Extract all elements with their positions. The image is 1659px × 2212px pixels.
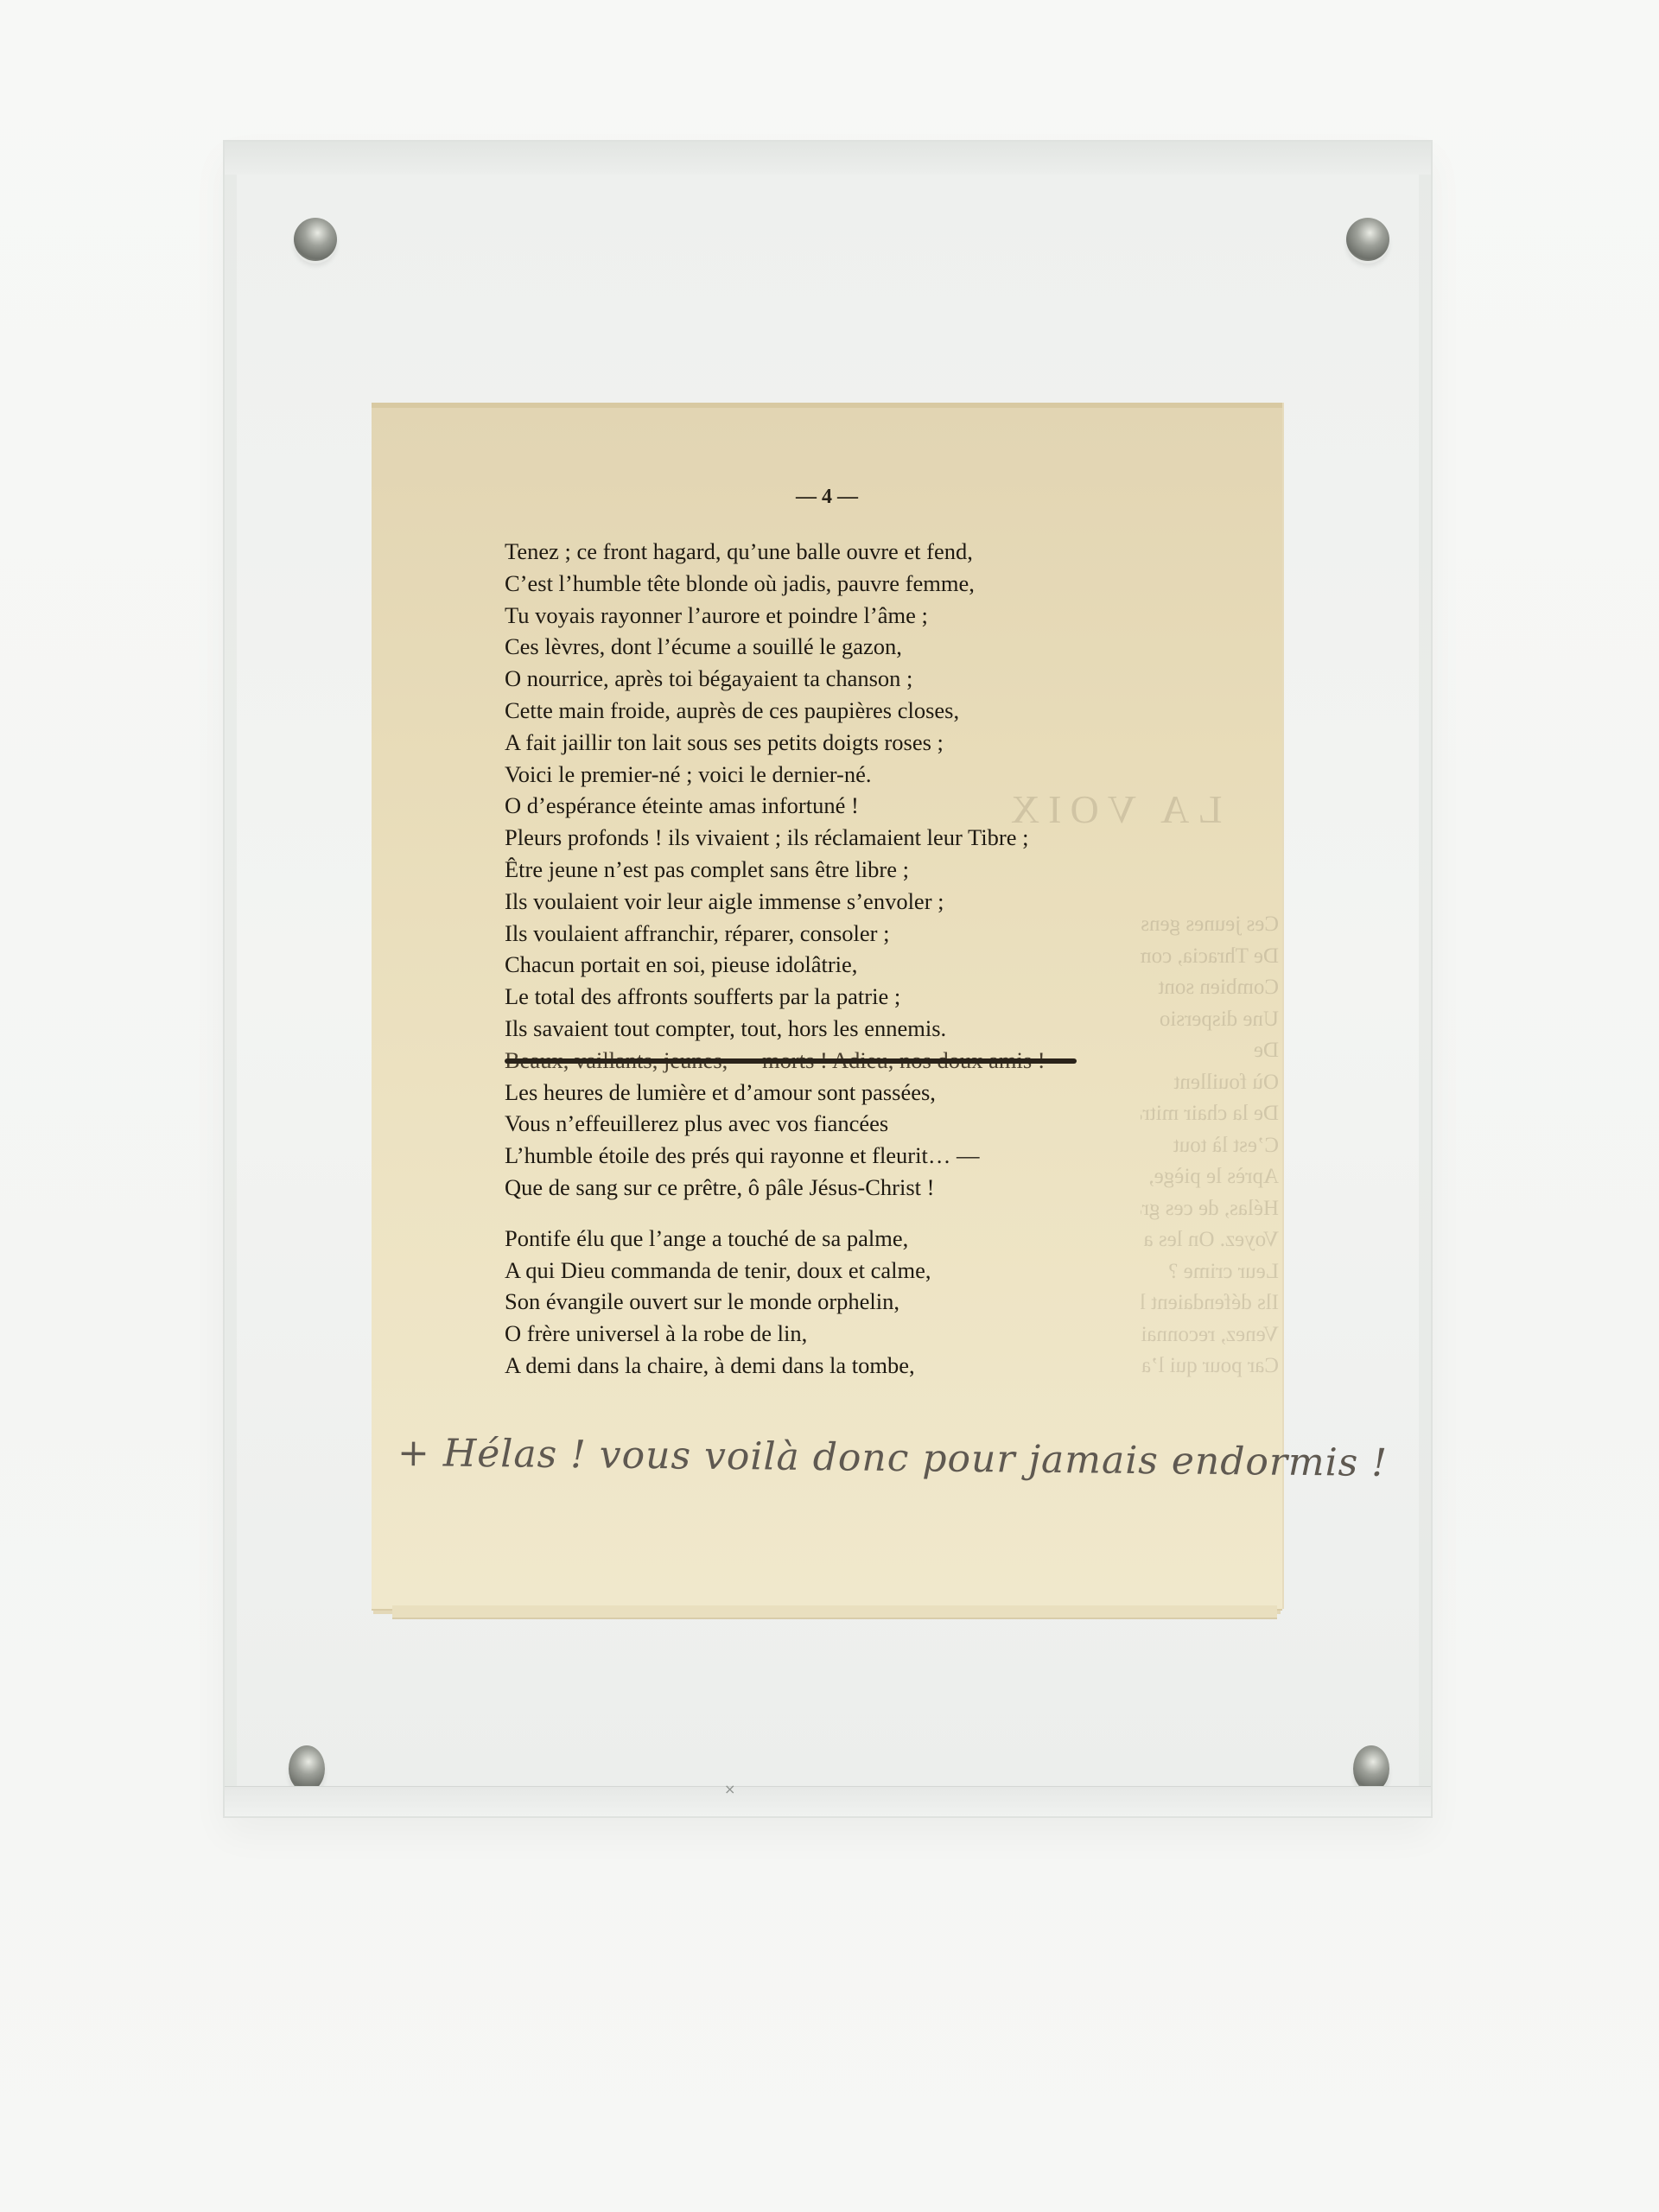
poem-line: Cette main froide, auprès de ces paupièr… <box>505 695 1046 727</box>
poem-line: Que de sang sur ce prêtre, ô pâle Jésus-… <box>505 1172 1046 1204</box>
poem-line: A qui Dieu commanda de tenir, doux et ca… <box>505 1255 1046 1287</box>
acrylic-top-edge <box>225 142 1431 175</box>
show-through-line: Hélas, de ces grands cœurs et de ces gra… <box>1141 1193 1279 1225</box>
poem-line: L’humble étoile des prés qui rayonne et … <box>505 1140 1046 1172</box>
poem-line: Chacun portait en soi, pieuse idolâtrie, <box>505 949 1046 981</box>
show-through-line: Où fouillent <box>1141 1067 1279 1099</box>
struck-through-line: Beaux, vaillants, jeunes, — morts ! Adie… <box>505 1045 1046 1077</box>
poem-line: Pleurs profonds ! ils vivaient ; ils réc… <box>505 822 1046 854</box>
poem-line: Pontife élu que l’ange a touché de sa pa… <box>505 1223 1046 1255</box>
poem-line: Voici le premier-né ; voici le dernier-n… <box>505 759 1046 791</box>
poem-line: O nourrice, après toi bégayaient ta chan… <box>505 663 1046 695</box>
standoff-screw-icon <box>1353 1745 1389 1792</box>
poem-line: Ils voulaient affranchir, réparer, conso… <box>505 918 1046 950</box>
poem-line: Être jeune n’est pas complet sans être l… <box>505 854 1046 886</box>
acrylic-bottom-edge <box>225 1786 1431 1816</box>
show-through-line: Combien sont <box>1141 972 1279 1004</box>
show-through-line: De la chair mitraillé <box>1141 1098 1279 1130</box>
poem-line: Son évangile ouvert sur le monde orpheli… <box>505 1286 1046 1318</box>
show-through-line: Une dispersio <box>1141 1004 1279 1036</box>
handwritten-note: + Hélas ! vous voilà donc pour jamais en… <box>397 1431 1388 1485</box>
poem-text: Tenez ; ce front hagard, qu’une balle ou… <box>505 536 1046 1382</box>
poem-line: O d’espérance éteinte amas infortuné ! <box>505 790 1046 822</box>
page-number: — 4 — <box>372 486 1282 509</box>
show-through-line: De <box>1141 1035 1279 1067</box>
standoff-screw-icon <box>1346 218 1389 261</box>
poem-line: O frère universel à la robe de lin, <box>505 1318 1046 1350</box>
show-through-line: Leur crime ? <box>1141 1256 1279 1288</box>
poem-line: Tenez ; ce front hagard, qu’une balle ou… <box>505 536 1046 568</box>
poem-line: C’est l’humble tête blonde où jadis, pau… <box>505 568 1046 600</box>
poem-line: Vous n’effeuillerez plus avec vos fiancé… <box>505 1108 1046 1140</box>
poem-line: Ils voulaient voir leur aigle immense s’… <box>505 886 1046 918</box>
show-through-line: Venez, reconnaissez vos enfants <box>1141 1319 1279 1351</box>
poem-line: Le total des affronts soufferts par la p… <box>505 981 1046 1013</box>
frame-mark: × <box>724 1781 735 1797</box>
show-through-line: Après le piège, <box>1141 1161 1279 1193</box>
show-through-text: Ces jeunes gens,De Thracia, combienCombi… <box>1141 909 1279 1382</box>
poem-line: Les heures de lumière et d’amour sont pa… <box>505 1077 1046 1109</box>
show-through-line: C’est là tout <box>1141 1130 1279 1162</box>
show-through-line: Car pour qui l’a <box>1141 1351 1279 1382</box>
poem-line: A fait jaillir ton lait sous ses petits … <box>505 727 1046 759</box>
standoff-screw-icon <box>294 218 337 261</box>
poem-line: Tu voyais rayonner l’aurore et poindre l… <box>505 600 1046 632</box>
poem-line: A demi dans la chaire, à demi dans la to… <box>505 1350 1046 1382</box>
show-through-line: Ces jeunes gens, <box>1141 909 1279 941</box>
stanza-gap <box>505 1204 1046 1223</box>
poem-line: Ces lèvres, dont l’écume a souillé le ga… <box>505 631 1046 663</box>
poem-line: Ils savaient tout compter, tout, hors le… <box>505 1013 1046 1045</box>
standoff-screw-icon <box>289 1745 325 1792</box>
show-through-line: De Thracia, combien <box>1141 941 1279 973</box>
show-through-line: Voyez. On les a <box>1141 1224 1279 1256</box>
show-through-line: Ils défendaient l’h <box>1141 1287 1279 1319</box>
printed-page: LA VOIX Ces jeunes gens,De Thracia, comb… <box>372 403 1282 1609</box>
